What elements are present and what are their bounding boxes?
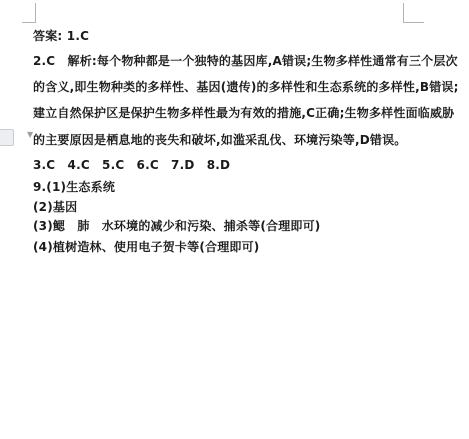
margin-crop-mark-top-right-icon (403, 3, 424, 23)
answer-9-part-4-line: (4)植树造林、使用电子贺卡等(合理即可) (33, 240, 260, 255)
answer-header-line: 答案: 1.C (33, 29, 89, 44)
left-margin-widget[interactable] (0, 129, 14, 146)
margin-crop-mark-top-left-icon (22, 3, 36, 23)
answer-line-2-explanation-cont: 建立自然保护区是保护生物多样性最为有效的措施,C正确;生物多样性面临威胁 (33, 106, 405, 121)
answer-9-part-3-line: (3)鳃 肺 水环境的减少和污染、捕杀等(合理即可) (33, 219, 321, 234)
answer-line-2-explanation-cont: 的主要原因是栖息地的丧失和破坏,如滥采乱伐、环境污染等,D错误。 (33, 133, 405, 148)
answer-9-part-1-line: 9.(1)生态系统 (33, 180, 115, 195)
answer-line-2-explanation-cont: 的含义,即生物种类的多样性、基因(遗传)的多样性和生态系统的多样性,B错误; (33, 80, 405, 95)
answer-9-part-2-line: (2)基因 (33, 200, 77, 215)
answer-line-2-explanation: 2.C 解析:每个物种都是一个独特的基因库,A错误;生物多样性通常有三个层次 (33, 54, 405, 69)
answers-3-to-8-line: 3.C 4.C 5.C 6.C 7.D 8.D (33, 158, 230, 173)
